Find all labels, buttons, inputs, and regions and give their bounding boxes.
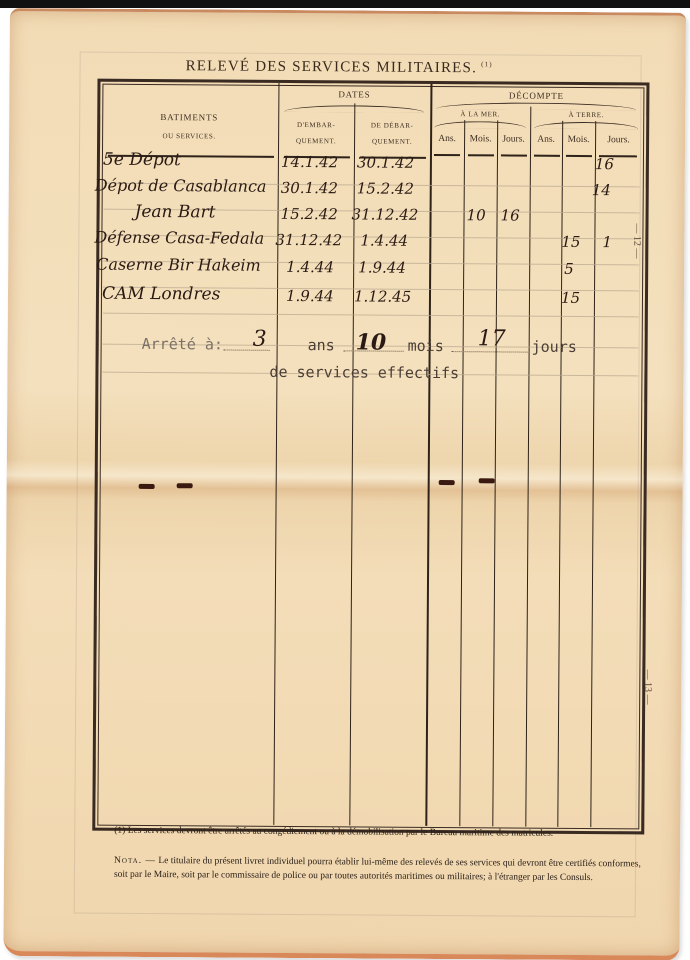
embark-date: 1.9.44 [286,287,334,305]
divider-mer-ans [459,120,465,826]
terre-jours: 14 [592,181,611,199]
header-rule [566,155,592,157]
table-row: CAM Londres 1.9.44 1.12.45 15 [10,11,686,16]
header-mer-mois: Mois. [464,134,497,144]
disembark-date: 1.12.45 [354,287,411,305]
table-row: 5e Dépot 14.1.42 30.1.42 16 [10,11,686,16]
divider-terre-mois [590,121,596,827]
header-a-terre: À TERRE. [530,111,642,120]
title-footnote-marker: (1) [481,60,493,68]
disembark-date: 1.9.44 [358,258,406,276]
disembark-date: 31.12.42 [352,205,419,223]
table-row: Jean Bart 15.2.42 31.12.42 10 16 [10,11,686,16]
header-debarquement: DE DÉBAR- [354,121,430,130]
header-rule [468,154,494,156]
mer-jours: 16 [501,206,520,224]
service-name: Jean Bart [135,202,216,223]
footnote-nota: Nota. — Le titulaire du présent livret i… [114,854,644,886]
decompte-brace [436,102,636,110]
service-name: 5e Dépot [103,150,181,171]
header-mer-ans: Ans. [430,134,464,144]
header-rule [434,154,460,156]
header-batiments-sub: OU SERVICES. [100,132,278,141]
disembark-date: 30.1.42 [357,153,414,171]
page-number-12: — 12 — [631,223,642,258]
terre-jours: 1 [602,233,612,251]
table-row: Défense Casa-Fedala 31.12.42 1.4.44 15 1 [10,11,686,16]
table-row: Dépot de Casablanca 30.1.42 15.2.42 14 [10,11,686,16]
page-title: RELEVÉ DES SERVICES MILITAIRES.(1) [186,58,493,77]
header-embarquement-2: QUEMENT. [278,137,354,146]
summary-line2: de services effectifs [269,363,459,382]
embark-date: 30.1.42 [281,179,338,197]
summary-years-label: ans [308,336,335,354]
embark-date: 31.12.42 [275,231,342,249]
terre-mois: 15 [561,233,580,251]
terre-jours: 16 [595,155,614,173]
header-terre-jours: Jours. [595,135,642,145]
header-rule [534,155,560,157]
row-rule [103,313,639,318]
divider-terre-ans [557,121,563,827]
disembark-date: 1.4.44 [360,231,408,249]
divider-service-dates [273,83,279,825]
terre-mois: 5 [564,260,574,278]
ink-dash-mark [439,480,455,485]
nota-text: Le titulaire du présent livret individue… [114,856,641,883]
divider-mer-terre [525,107,531,827]
summary-days: 17 [478,326,506,351]
header-terre-mois: Mois. [562,135,595,145]
terre-brace [534,122,638,130]
disembark-date: 15.2.42 [357,179,414,197]
table-row: Caserne Bir Hakeim 1.4.44 1.9.44 5 [10,11,686,16]
terre-mois: 15 [561,289,580,307]
summary-months: 10 [356,329,387,355]
summary-days-label: jours [532,338,577,356]
header-embarquement: D'EMBAR- [278,121,354,130]
service-summary: Arrêté à: 3 ans 10 mois 17 jours de serv… [10,11,686,16]
nota-label: Nota. — [114,856,156,866]
summary-years: 3 [253,327,267,352]
embark-date: 14.1.42 [281,153,338,171]
ink-dash-mark [479,478,495,483]
ink-dash-mark [139,484,155,489]
service-name: Caserne Bir Hakeim [96,255,261,275]
divider-dates-decompte [425,84,432,826]
header-rule [501,154,527,156]
divider-mer-mois [492,120,498,826]
header-debarquement-2: QUEMENT. [354,137,430,146]
header-dates: DATES [278,89,430,100]
title-text: RELEVÉ DES SERVICES MILITAIRES. [186,58,478,76]
header-batiments: BATIMENTS [100,112,278,123]
service-name: Dépot de Casablanca [95,176,267,196]
ink-dash-mark [177,483,193,488]
summary-months-label: mois [408,337,444,355]
header-decompte: DÉCOMPTE [430,90,642,101]
service-name: CAM Londres [102,284,221,305]
header-terre-ans: Ans. [530,135,562,145]
photo-top-edge [0,0,690,8]
embark-date: 1.4.44 [286,258,334,276]
mer-mois: 10 [467,206,486,224]
header-a-la-mer: À LA MER. [430,110,530,119]
embark-date: 15.2.42 [281,205,338,223]
booklet-page: RELEVÉ DES SERVICES MILITAIRES.(1) BATIM… [3,8,686,960]
service-name: Défense Casa-Fedala [94,228,264,248]
page-number-13: — 13 — [642,669,653,704]
header-mer-jours: Jours. [497,134,530,144]
mer-brace [434,121,526,129]
summary-label: Arrêté à: [142,335,223,354]
dates-brace [284,105,424,113]
